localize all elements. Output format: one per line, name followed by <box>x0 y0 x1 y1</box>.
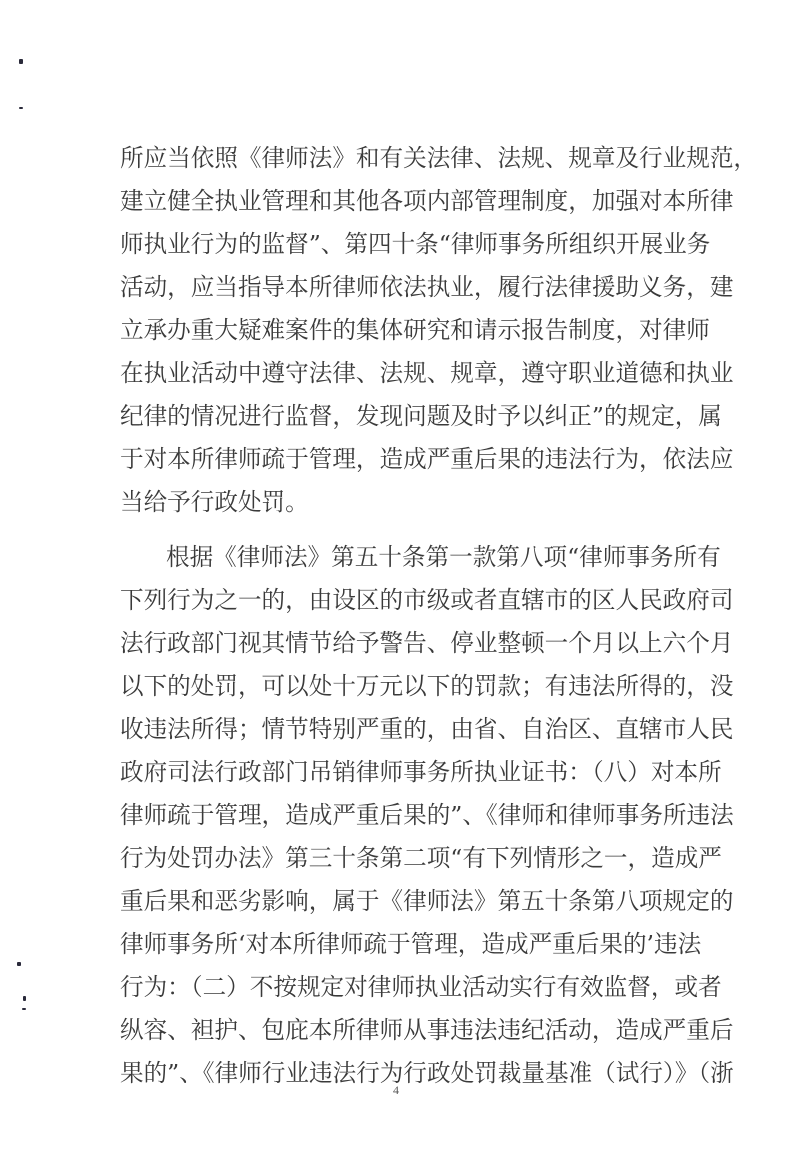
scan-artifact-mark <box>22 1008 26 1010</box>
text-line: 当给予行政处罚。 <box>120 487 692 517</box>
text-line: 建立健全执业管理和其他各项内部管理制度，加强对本所律 <box>120 186 692 216</box>
text-line: 所应当依照《律师法》和有关法律、法规、规章及行业规范， <box>120 143 692 173</box>
text-line: 行为处罚办法》第三十条第二项“有下列情形之一，造成严 <box>120 843 692 873</box>
text-line: 下列行为之一的，由设区的市级或者直辖市的区人民政府司 <box>120 585 692 615</box>
text-line: 律师事务所‘对本所律师疏于管理，造成严重后果的’违法 <box>120 929 692 959</box>
text-line: 活动，应当指导本所律师依法执业，履行法律援助义务，建 <box>120 272 692 302</box>
text-line: 根据《律师法》第五十条第一款第八项“律师事务所有 <box>166 542 692 572</box>
text-line: 收违法所得；情节特别严重的，由省、自治区、直辖市人民 <box>120 714 692 744</box>
text-line: 以下的处罚，可以处十万元以下的罚款；有违法所得的，没 <box>120 671 692 701</box>
text-line: 于对本所律师疏于管理，造成严重后果的违法行为，依法应 <box>120 444 692 474</box>
text-line: 重后果和恶劣影响，属于《律师法》第五十条第八项规定的 <box>120 886 692 916</box>
text-line: 法行政部门视其情节给予警告、停业整顿一个月以上六个月 <box>120 628 692 658</box>
text-line: 政府司法行政部门吊销律师事务所执业证书：（八）对本所 <box>120 757 692 787</box>
document-page: 所应当依照《律师法》和有关法律、法规、规章及行业规范， 建立健全执业管理和其他各… <box>0 0 800 1149</box>
scan-artifact-mark <box>19 107 23 109</box>
text-line: 纵容、袒护、包庇本所律师从事违法违纪活动，造成严重后 <box>120 1015 692 1045</box>
scan-artifact-mark <box>23 996 26 1001</box>
text-line: 纪律的情况进行监督，发现问题及时予以纠正”的规定，属 <box>120 401 692 431</box>
text-line: 立承办重大疑难案件的集体研究和请示报告制度，对律师 <box>120 315 692 345</box>
text-line: 师执业行为的监督”、第四十条“律师事务所组织开展业务 <box>120 229 692 259</box>
text-line: 行为：（二）不按规定对律师执业活动实行有效监督，或者 <box>120 972 692 1002</box>
text-line: 在执业活动中遵守法律、法规、规章，遵守职业道德和执业 <box>120 358 692 388</box>
scan-artifact-mark <box>19 59 23 64</box>
text-line: 律师疏于管理，造成严重后果的”、《律师和律师事务所违法 <box>120 800 692 830</box>
page-number: 4 <box>393 1083 399 1098</box>
scan-artifact-mark <box>17 962 21 966</box>
text-line: 果的”、《律师行业违法行为行政处罚裁量基准（试行）》（浙 <box>120 1058 692 1088</box>
